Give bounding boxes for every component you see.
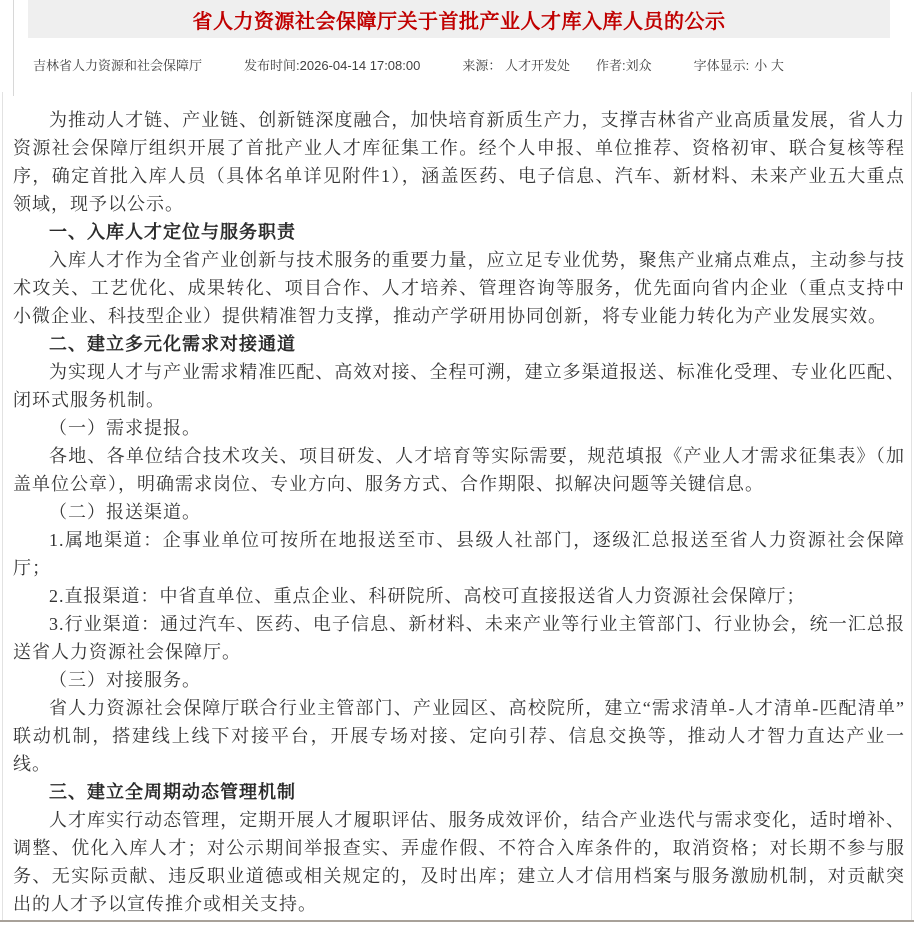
article-body: 为推动人才链、产业链、创新链深度融合，加快培育新质生产力，支撑吉林省产业高质量发… xyxy=(1,90,913,922)
article-paragraph: 各地、各单位结合技术攻关、项目研发、人才培育等实际需要，规范填报《产业人才需求征… xyxy=(13,442,905,498)
header-left-border xyxy=(13,0,14,96)
page-title: 省人力资源社会保障厅关于首批产业人才库入库人员的公示 xyxy=(193,5,726,34)
font-larger-button[interactable]: 大 xyxy=(771,58,784,73)
article-paragraph: 为实现人才与产业需求精准匹配、高效对接、全程可溯，建立多渠道报送、标准化受理、专… xyxy=(13,358,905,414)
section-heading: 三、建立全周期动态管理机制 xyxy=(13,778,905,806)
font-size-label: 字体显示: xyxy=(694,55,750,74)
font-smaller-button[interactable]: 小 xyxy=(754,58,767,73)
page-left-border xyxy=(2,92,3,921)
article-paragraph: （一）需求提报。 xyxy=(13,414,905,442)
article-paragraph: 1.属地渠道：企事业单位可按所在地报送至市、县级人社部门，逐级汇总报送至省人力资… xyxy=(13,526,905,582)
article-paragraph: 省人力资源社会保障厅联合行业主管部门、产业园区、高校院所，建立“需求清单-人才清… xyxy=(13,694,905,778)
publish-time: 发布时间:2026-04-14 17:08:00 xyxy=(244,55,420,74)
article-paragraph: （三）对接服务。 xyxy=(13,666,905,694)
article-meta-row: 吉林省人力资源和社会保障厅 发布时间:2026-04-14 17:08:00 来… xyxy=(0,38,914,90)
section-heading: 一、入库人才定位与服务职责 xyxy=(13,218,905,246)
author-label: 作者:刘众 xyxy=(596,55,652,74)
source-label: 来源： 人才开发处 xyxy=(462,55,570,74)
font-size-control: 小 大 xyxy=(754,55,784,74)
announcement-page: 省人力资源社会保障厅关于首批产业人才库入库人员的公示 吉林省人力资源和社会保障厅… xyxy=(0,0,914,926)
article-paragraph: 2.直报渠道：中省直单位、重点企业、科研院所、高校可直接报送省人力资源社会保障厅… xyxy=(13,582,905,610)
article-paragraph: 入库人才作为全省产业创新与技术服务的重要力量，应立足专业优势，聚焦产业痛点难点，… xyxy=(13,246,905,330)
article-paragraph: （二）报送渠道。 xyxy=(13,498,905,526)
article-paragraph: 3.行业渠道：通过汽车、医药、电子信息、新材料、未来产业等行业主管部门、行业协会… xyxy=(13,610,905,666)
article-paragraph: 人才库实行动态管理，定期开展人才履职评估、服务成效评价，结合产业迭代与需求变化，… xyxy=(13,806,905,918)
article-paragraph: 为推动人才链、产业链、创新链深度融合，加快培育新质生产力，支撑吉林省产业高质量发… xyxy=(13,106,905,218)
page-right-border xyxy=(911,92,912,921)
title-bar: 省人力资源社会保障厅关于首批产业人才库入库人员的公示 xyxy=(28,0,890,38)
site-name: 吉林省人力资源和社会保障厅 xyxy=(33,55,202,74)
section-heading: 二、建立多元化需求对接通道 xyxy=(13,330,905,358)
footer-top-rule xyxy=(0,920,914,922)
